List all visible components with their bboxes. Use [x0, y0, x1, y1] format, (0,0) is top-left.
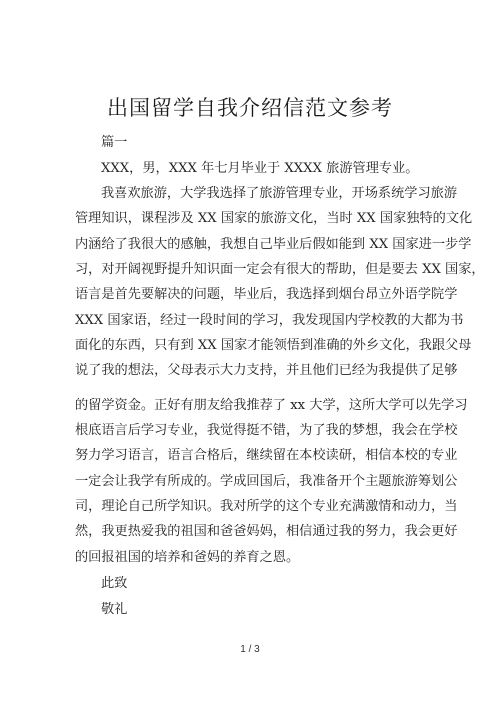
- body-line: 然，我更热爱我的祖国和爸爸妈妈，相信通过我的努力，我会更好: [75, 522, 457, 542]
- body-line: 内涵给了我很大的感触，我想自己毕业后假如能到 XX 国家进一步学: [75, 235, 471, 255]
- intro-line: XXX，男，XXX 年七月毕业于 XXXX 旅游管理专业。: [101, 159, 418, 179]
- body-line: 习，对开阔视野提升知识面一定会有很大的帮助，但是要去 XX 国家，: [75, 260, 485, 280]
- body-line: 努力学习语言，语言合格后，继续留在本校读研，相信本校的专业: [75, 446, 457, 466]
- body-line: 的回报祖国的培养和爸妈的养育之恩。: [75, 548, 299, 568]
- body-line: 语言是首先要解决的问题，毕业后，我选择到烟台昂立外语学院学: [75, 285, 457, 305]
- body-line: 说了我的想法，父母表示大力支持，并且他们已经为我提供了足够: [75, 361, 457, 381]
- body-line: XXX 国家语，经过一段时间的学习，我发现国内学校教的大都为书: [75, 311, 463, 331]
- body-line: 根底语言后学习专业，我觉得挺不错，为了我的梦想，我会在学校: [75, 421, 457, 441]
- closing-regards: 敬礼: [101, 600, 127, 620]
- document-page: 出国留学自我介绍信范文参考 篇一 XXX，男，XXX 年七月毕业于 XXXX 旅…: [0, 0, 500, 708]
- body-line: 一定会让我学有所成的。学成回国后，我准备开个主题旅游筹划公: [75, 472, 457, 492]
- document-title: 出国留学自我介绍信范文参考: [0, 93, 500, 123]
- closing-salutation: 此致: [101, 574, 127, 594]
- section-label: 篇一: [101, 133, 127, 153]
- body-line: 我喜欢旅游，大学我选择了旅游管理专业，开场系统学习旅游: [101, 184, 457, 204]
- body-line: 面化的东西，只有到 XX 国家才能领悟到准确的外乡文化，我跟父母: [75, 336, 471, 356]
- body-line: 的留学资金。正好有朋友给我推荐了 xx 大学，这所大学可以先学习: [75, 396, 468, 416]
- page-indicator: 1 / 3: [0, 644, 500, 655]
- body-line: 司，理论自己所学知识。我对所学的这个专业充满激情和动力，当: [75, 497, 457, 517]
- body-line: 管理知识，课程涉及 XX 国家的旅游文化，当时 XX 国家独特的文化: [75, 209, 472, 229]
